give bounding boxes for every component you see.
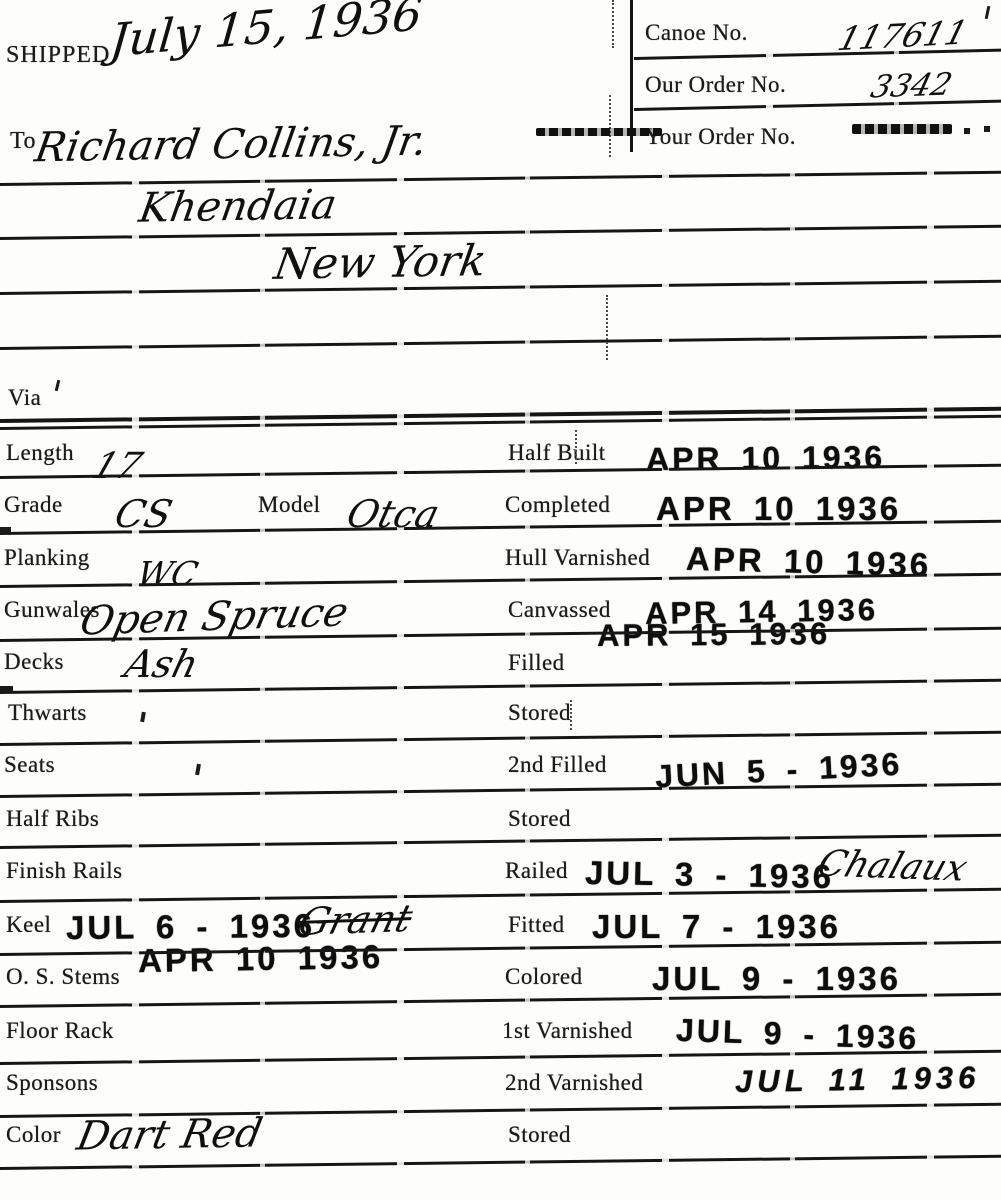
scan-speck (984, 126, 990, 132)
first-varnished-label: 1st Varnished (502, 1018, 633, 1044)
color-label: Color (6, 1122, 61, 1148)
your-order-no-label: Your Order No. (645, 124, 796, 150)
half-built-label: Half Built (508, 440, 606, 466)
scan-speck (964, 128, 970, 134)
ruled-line (0, 1103, 1001, 1118)
colored-label: Colored (505, 964, 583, 990)
scan-crease (575, 430, 577, 464)
ruled-line (0, 993, 1001, 1008)
ruled-line (0, 335, 1001, 350)
scan-speck (0, 527, 11, 533)
ruled-line (0, 783, 1001, 798)
scan-crease (609, 95, 611, 157)
colored-stamp: JUL 9 - 1936 (652, 960, 901, 998)
to-label: To (10, 128, 36, 155)
length-value: 17 (87, 446, 148, 487)
filled-label: Filled (508, 650, 565, 676)
scan-speck (985, 6, 991, 19)
hull-varnished-label: Hull Varnished (505, 545, 650, 571)
shipped-date-handwriting: July 15, 1936 (108, 0, 425, 67)
model-label: Model (258, 492, 321, 518)
grade-label: Grade (4, 492, 63, 518)
build-record-card: SHIPPED July 15, 1936 Canoe No. 117611 O… (0, 0, 1001, 1200)
decks-label: Decks (4, 649, 64, 675)
second-varnished-stamp: JUL 11 1936 (735, 1060, 981, 1100)
scan-crease (606, 295, 608, 360)
stored-label-2: Stored (508, 806, 571, 832)
our-order-no-value: 3342 (867, 67, 956, 106)
scan-smudge (852, 124, 952, 134)
scan-speck (0, 686, 13, 693)
recipient-name-handwriting: Richard Collins, Jr. (32, 117, 431, 172)
second-varnished-label: 2nd Varnished (505, 1070, 643, 1096)
scan-speck (195, 764, 201, 776)
planking-label: Planking (4, 545, 90, 571)
ruled-line (0, 731, 1001, 746)
sponsons-label: Sponsons (6, 1070, 98, 1096)
shipped-label: SHIPPED (6, 42, 110, 69)
half-built-stamp: APR 10 1936 (646, 439, 885, 478)
finish-rails-label: Finish Rails (6, 858, 123, 884)
planking-value: WC (133, 554, 202, 593)
fitted-stamp: JUL 7 - 1936 (592, 908, 841, 946)
length-label: Length (6, 440, 74, 466)
canoe-no-label: Canoe No. (645, 20, 748, 46)
ruled-line (634, 100, 1001, 111)
canvassed-label: Canvassed (508, 597, 611, 623)
ruled-line (634, 49, 1001, 60)
keel-label: Keel (6, 912, 51, 938)
our-order-no-label: Our Order No. (645, 72, 786, 98)
completed-label: Completed (505, 492, 610, 518)
second-filled-label: 2nd Filled (508, 752, 607, 778)
stored-label-3: Stored (508, 1122, 571, 1148)
scan-speck (55, 380, 61, 391)
via-label: Via (8, 385, 41, 411)
stored-label-1: Stored (508, 700, 571, 726)
fitted-label: Fitted (508, 912, 565, 938)
seats-label: Seats (4, 752, 55, 778)
keel-signature: Grant (294, 896, 417, 944)
filled-stamp: APR 15 1936 (597, 616, 830, 654)
decks-value: Ash (121, 642, 203, 686)
scan-smudge (536, 128, 662, 136)
ruled-line (0, 280, 1001, 295)
recipient-city-handwriting: Khendaia (136, 180, 340, 231)
recipient-state-handwriting: New York (271, 236, 490, 290)
os-stems-stamp: APR 10 1936 (138, 938, 384, 980)
railed-label: Railed (505, 858, 568, 884)
scan-crease (570, 700, 572, 730)
railed-signature: Chalaux (812, 843, 972, 889)
floor-rack-label: Floor Rack (6, 1018, 114, 1044)
half-ribs-label: Half Ribs (6, 806, 99, 832)
thwarts-label: Thwarts (8, 700, 87, 726)
color-value: Dart Red (73, 1110, 266, 1159)
os-stems-label: O. S. Stems (6, 964, 120, 990)
scan-crease (612, 0, 614, 48)
scan-speck (140, 712, 146, 723)
ruled-line (0, 888, 1001, 903)
